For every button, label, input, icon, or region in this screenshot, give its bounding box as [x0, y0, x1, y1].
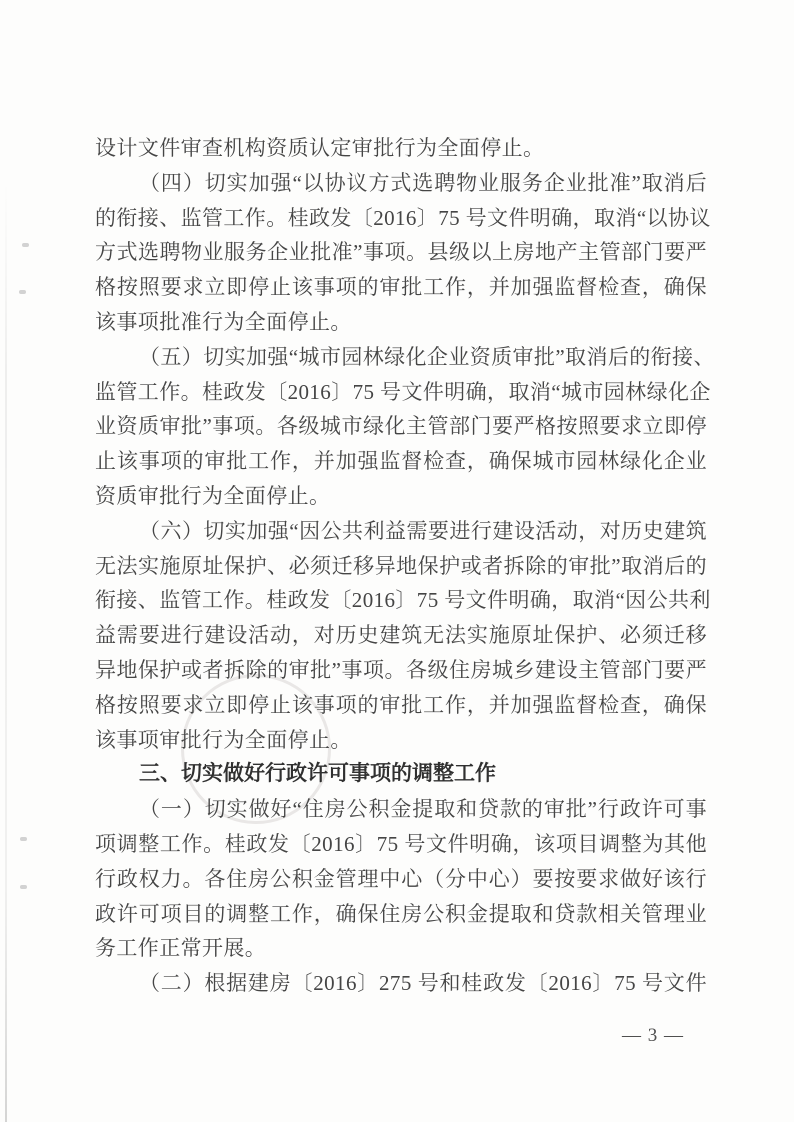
text-line: 止该事项的审批工作，并加强监督检查，确保城市园林绿化企业 — [95, 444, 707, 479]
binding-mark — [22, 243, 29, 247]
text-line: （五）切实加强“城市园林绿化企业资质审批”取消后的衔接、 — [95, 340, 707, 375]
binding-mark — [20, 885, 27, 889]
text-line: （一）切实做好“住房公积金提取和贷款的审批”行政许可事 — [95, 792, 707, 827]
text-line: 格按照要求立即停止该事项的审批工作，并加强监督检查，确保 — [95, 270, 707, 305]
text-line: （六）切实加强“因公共利益需要进行建设活动，对历史建筑 — [95, 514, 707, 549]
text-line: 衔接、监管工作。桂政发〔2016〕75 号文件明确，取消“因公共利 — [95, 583, 707, 618]
text-line: 方式选聘物业服务企业批准”事项。县级以上房地产主管部门要严 — [95, 235, 707, 270]
binding-mark — [20, 837, 27, 841]
text-line: 业资质审批”事项。各级城市绿化主管部门要严格按照要求立即停 — [95, 409, 707, 444]
text-line: 该事项审批行为全面停止。 — [95, 723, 707, 758]
document-body: 设计文件审查机构资质认定审批行为全面停止。 （四）切实加强“以协议方式选聘物业服… — [95, 131, 707, 1001]
text-line: 监管工作。桂政发〔2016〕75 号文件明确，取消“城市园林绿化企 — [95, 375, 707, 410]
text-line: 政许可项目的调整工作，确保住房公积金提取和贷款相关管理业 — [95, 897, 707, 932]
scan-edge-artifact — [5, 180, 7, 1122]
text-line: （二）根据建房〔2016〕275 号和桂政发〔2016〕75 号文件 — [95, 966, 707, 1001]
scanned-document-page: 设计文件审查机构资质认定审批行为全面停止。 （四）切实加强“以协议方式选聘物业服… — [0, 0, 794, 1122]
text-line: 无法实施原址保护、必须迁移异地保护或者拆除的审批”取消后的 — [95, 549, 707, 584]
text-line: 行政权力。各住房公积金管理中心（分中心）要按要求做好该行 — [95, 862, 707, 897]
text-line: 益需要进行建设活动，对历史建筑无法实施原址保护、必须迁移 — [95, 618, 707, 653]
text-line: 资质审批行为全面停止。 — [95, 479, 707, 514]
text-line: （四）切实加强“以协议方式选聘物业服务企业批准”取消后 — [95, 166, 707, 201]
text-line: 异地保护或者拆除的审批”事项。各级住房城乡建设主管部门要严 — [95, 653, 707, 688]
text-line: 的衔接、监管工作。桂政发〔2016〕75 号文件明确，取消“以协议 — [95, 201, 707, 236]
section-heading: 三、切实做好行政许可事项的调整工作 — [95, 757, 707, 792]
text-line: 设计文件审查机构资质认定审批行为全面停止。 — [95, 131, 707, 166]
text-line: 项调整工作。桂政发〔2016〕75 号文件明确，该项目调整为其他 — [95, 827, 707, 862]
text-line: 该事项批准行为全面停止。 — [95, 305, 707, 340]
binding-mark — [19, 290, 26, 294]
text-line: 格按照要求立即停止该事项的审批工作，并加强监督检查，确保 — [95, 688, 707, 723]
page-number: — 3 — — [622, 1025, 702, 1047]
text-line: 务工作正常开展。 — [95, 931, 707, 966]
